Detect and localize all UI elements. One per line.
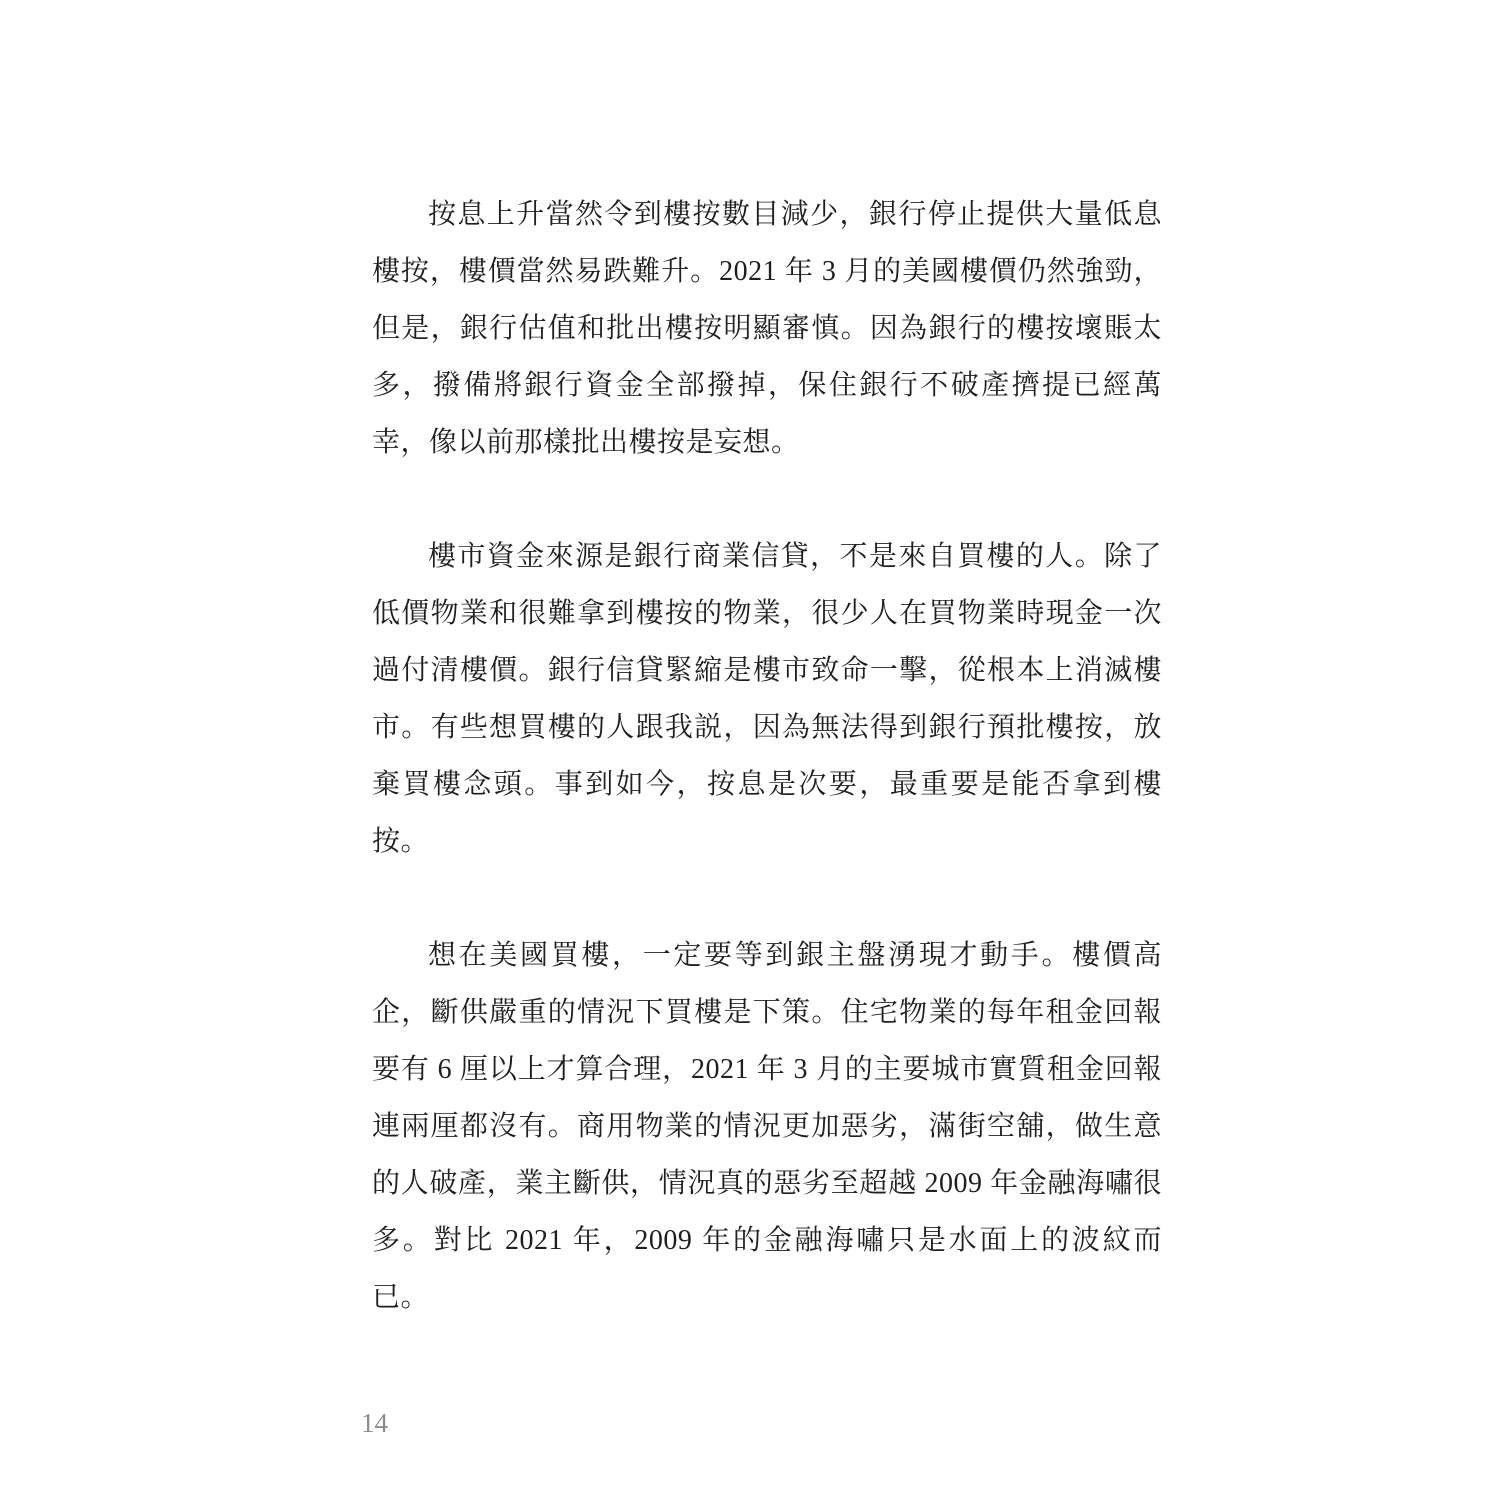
page-number: 14 [361,1410,388,1437]
paragraph-buying-advice: 想在美國買樓，一定要等到銀主盤湧現才動手。樓價高企，斷供嚴重的情況下買樓是下策。… [372,927,1162,1326]
paragraph-credit-source: 樓市資金來源是銀行商業信貸，不是來自買樓的人。除了低價物業和很難拿到樓按的物業，… [372,528,1162,870]
text-block: 按息上升當然令到樓按數目減少，銀行停止提供大量低息樓按，樓價當然易跌難升。202… [372,186,1162,1326]
book-page: 按息上升當然令到樓按數目減少，銀行停止提供大量低息樓按，樓價當然易跌難升。202… [0,0,1500,1500]
paragraph-mortgage-rates: 按息上升當然令到樓按數目減少，銀行停止提供大量低息樓按，樓價當然易跌難升。202… [372,186,1162,471]
